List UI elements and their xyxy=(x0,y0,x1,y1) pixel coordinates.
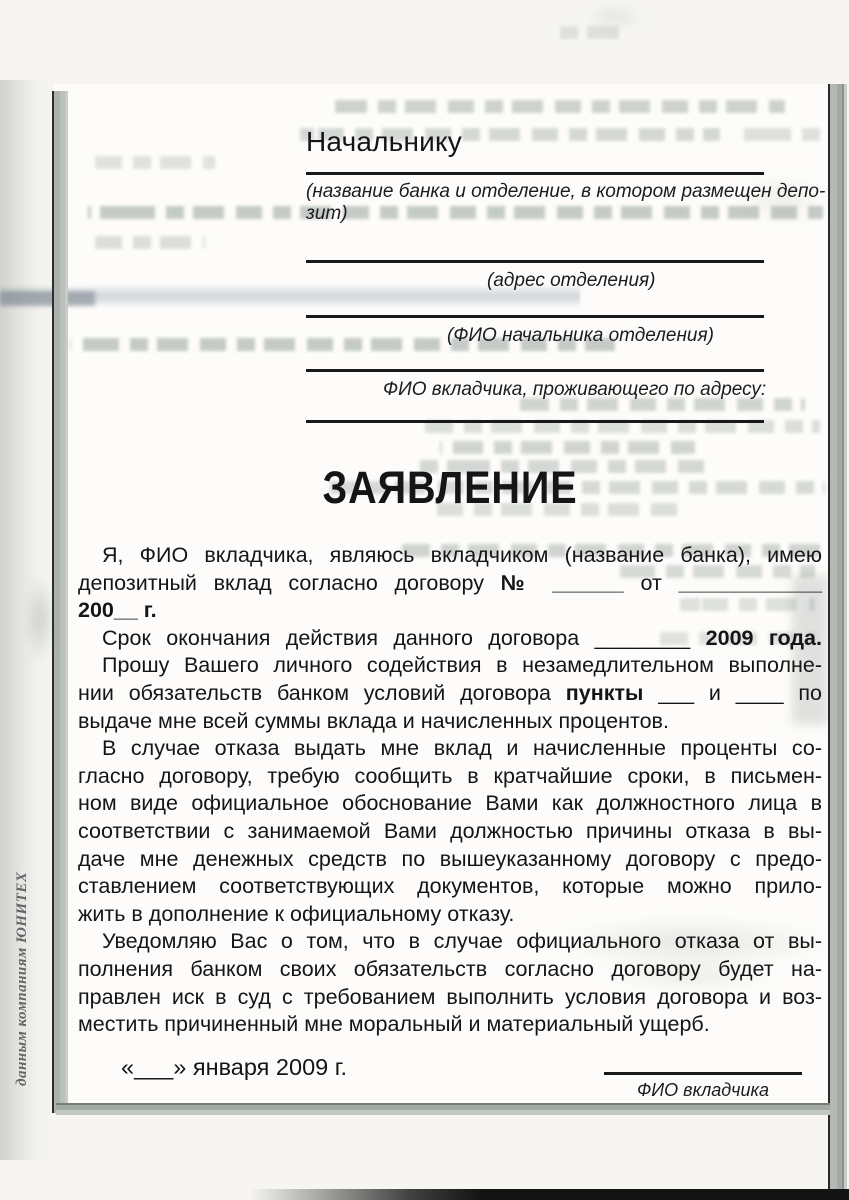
body-line: ставлением соответствующих документов, к… xyxy=(78,873,822,901)
body-line: 200__ г. xyxy=(78,597,822,625)
body-line: соответствии с занимаемой Вами должность… xyxy=(78,818,822,846)
body-line: даче мне денежных средств по вышеуказанн… xyxy=(78,846,822,874)
body-line: выдаче мне всей суммы вклада и начисленн… xyxy=(78,708,822,736)
ghost-bleed-line xyxy=(95,156,215,169)
body-line: ном виде официальное обоснование Вами ка… xyxy=(78,790,822,818)
branch-address-caption: (адрес отделения) xyxy=(487,270,656,292)
document-title: ЗАЯВЛЕНИЕ xyxy=(123,462,778,514)
ghost-bleed-line xyxy=(735,128,820,141)
signature-line xyxy=(604,1072,802,1075)
blank-field-line-manager xyxy=(306,315,764,318)
depositor-caption: ФИО вкладчика, проживающего по адресу: xyxy=(383,379,766,401)
body-text: Я, ФИО вкладчика, являюсь вкладчиком (на… xyxy=(78,542,822,1039)
signature-caption: ФИО вкладчика xyxy=(596,1080,810,1101)
page-edge-left xyxy=(52,91,68,1113)
blank-field-line-bank xyxy=(306,172,764,175)
ghost-bleed-line xyxy=(88,206,823,219)
recipient-label: Начальнику xyxy=(306,126,462,158)
bank-name-caption-line1: (название банка и отделение, в котором р… xyxy=(306,181,825,203)
side-bleed-text: данным компаниям ЮНИТЕХ xyxy=(14,856,34,1086)
body-line: правлен иск в суд с требованием выполнит… xyxy=(78,984,822,1012)
body-line: жить в дополнение к официальному отказу. xyxy=(78,901,822,929)
scanned-document: данным компаниям ЮНИТЕХ Начальнику (назв… xyxy=(0,0,849,1200)
branch-manager-caption: (ФИО начальника отделения) xyxy=(447,325,714,347)
body-line: Прошу Вашего личного содействия в незаме… xyxy=(78,652,822,680)
body-line: В случае отказа выдать мне вклад и начис… xyxy=(78,735,822,763)
body-line: Срок окончания действия данного договора… xyxy=(78,625,822,653)
blank-field-line-address xyxy=(306,260,764,263)
body-line: нии обязательств банком условий договора… xyxy=(78,680,822,708)
page-edge-right xyxy=(828,84,847,1190)
blank-field-line-depositor xyxy=(306,369,764,372)
scan-smudge xyxy=(585,2,645,32)
body-line: Я, ФИО вкладчика, являюсь вкладчиком (на… xyxy=(78,542,822,570)
bank-name-caption-line2: зит) xyxy=(306,203,348,225)
body-line: местить причиненный мне моральный и мате… xyxy=(78,1011,822,1039)
scan-bottom-band xyxy=(250,1189,849,1200)
ghost-bleed-line xyxy=(335,100,785,113)
body-line: Уведомляю Вас о том, что в случае официа… xyxy=(78,928,822,956)
date-line: «___» января 2009 г. xyxy=(121,1054,347,1081)
blank-field-line-depositor-address xyxy=(306,420,764,423)
ghost-bleed-line xyxy=(440,441,695,454)
body-line: депозитный вклад согласно договору № ___… xyxy=(78,570,822,598)
page-edge-bottom xyxy=(56,1103,830,1115)
body-line: гласно договору, требую сообщить в кратч… xyxy=(78,763,822,791)
paper-crease-dark xyxy=(0,291,95,306)
body-line: полнения банком своих обязательств согла… xyxy=(78,956,822,984)
ghost-bleed-line xyxy=(95,236,205,249)
